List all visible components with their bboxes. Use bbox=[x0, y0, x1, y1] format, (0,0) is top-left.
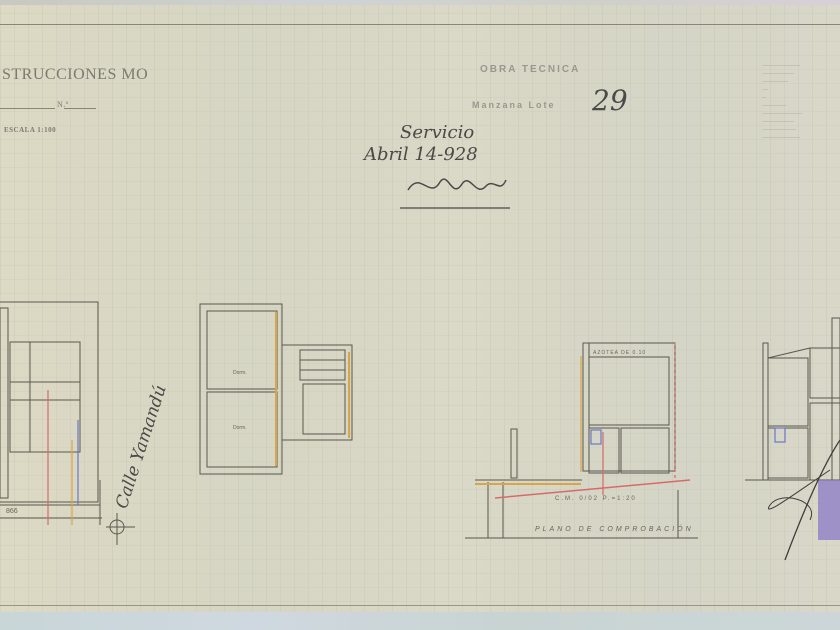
ground-floor-plan bbox=[0, 302, 135, 545]
roof-label: AZOTEA DE 0.10 bbox=[593, 350, 646, 356]
section-title: PLANO DE COMPROBACIÓN bbox=[535, 526, 694, 533]
room-label-1: Dorm. bbox=[233, 370, 247, 376]
architectural-drawings bbox=[0, 0, 840, 630]
pipe-label: C.M. 0/02 P.=1:20 bbox=[555, 496, 637, 502]
right-elevation bbox=[745, 318, 840, 480]
dimension-label: 866 bbox=[6, 508, 18, 515]
room-label-2: Dorm. bbox=[233, 425, 247, 431]
